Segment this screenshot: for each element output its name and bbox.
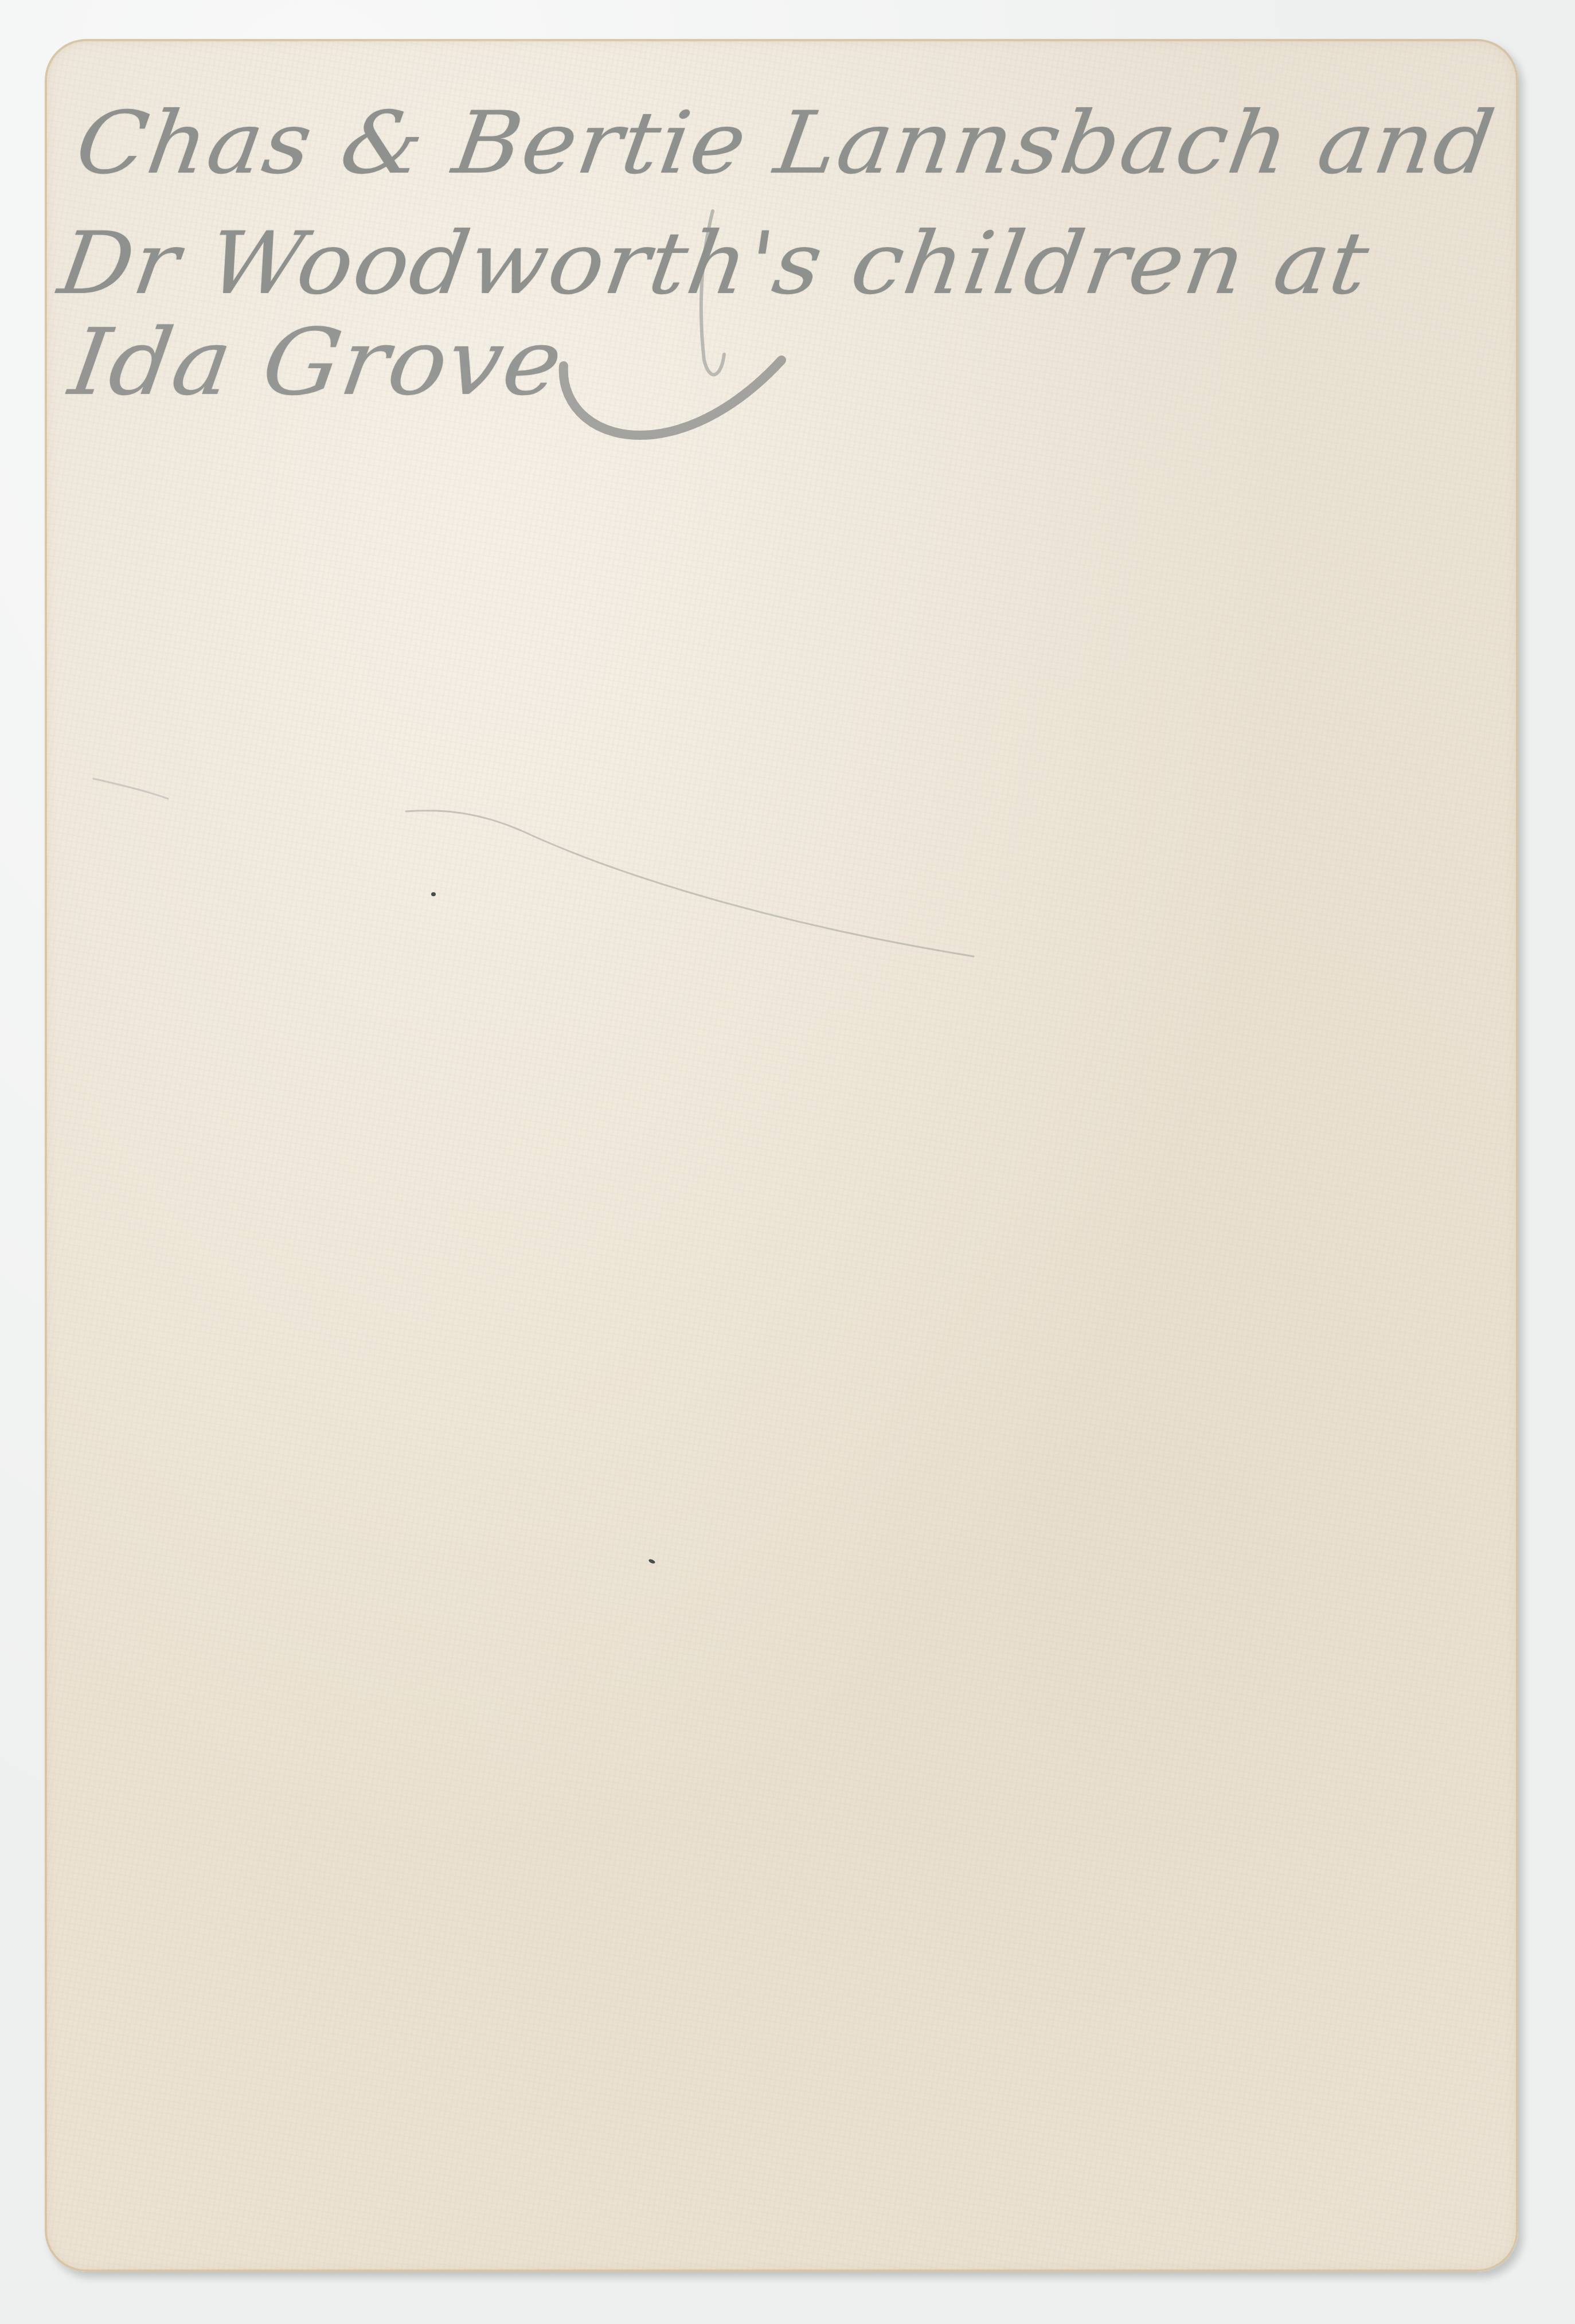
cabinet-card-back: Chas & Bertie Lannsbach and Dr Woodworth… bbox=[45, 39, 1518, 2272]
handwritten-inscription: Chas & Bertie Lannsbach and Dr Woodworth… bbox=[45, 39, 1518, 2272]
pencil-dot-upper bbox=[431, 892, 436, 896]
inscription-line-2: Dr Woodworth's children at bbox=[53, 214, 1376, 314]
inscription-line-3: Ida Grove bbox=[63, 308, 570, 416]
inscription-line-1: Chas & Bertie Lannsbach and bbox=[70, 93, 1502, 193]
